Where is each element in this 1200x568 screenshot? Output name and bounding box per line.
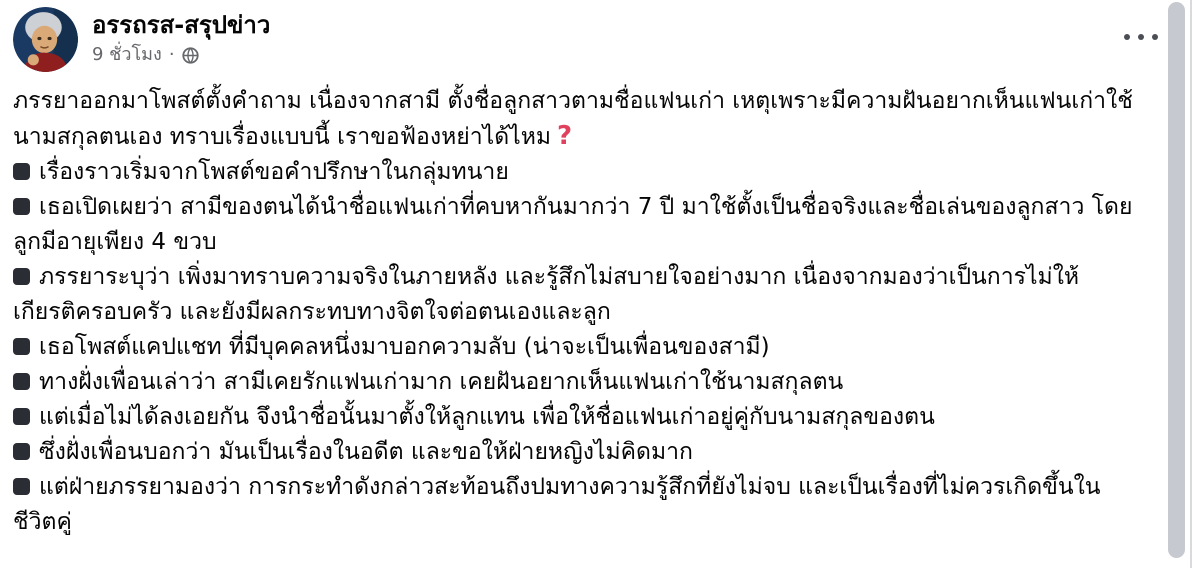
bullet-item: แต่เมื่อไม่ได้ลงเอยกัน จึงนำชื่อนั้นมาตั… bbox=[13, 400, 1140, 435]
more-options-button[interactable] bbox=[1120, 26, 1162, 48]
post-body: ภรรยาออกมาโพสต์ตั้งคำถาม เนื่องจากสามี ต… bbox=[0, 72, 1192, 540]
timestamp[interactable]: 9 ชั่วโมง bbox=[92, 43, 162, 67]
bullet-item: แต่ฝ่ายภรรยามองว่า การกระทำดังกล่าวสะท้อ… bbox=[13, 470, 1140, 540]
card-right-border bbox=[1190, 0, 1192, 568]
black-square-icon bbox=[13, 338, 30, 355]
ellipsis-icon bbox=[1124, 34, 1130, 40]
bullet-item: เธอโพสต์แคปแชท ที่มีบุคคลหนึ่งมาบอกความล… bbox=[13, 330, 1140, 365]
post-meta: 9 ชั่วโมง · bbox=[92, 43, 270, 67]
globe-privacy-icon bbox=[182, 47, 199, 64]
post-header: อรรถรส-สรุปข่าว 9 ชั่วโมง · bbox=[0, 0, 1200, 72]
page-name[interactable]: อรรถรส-สรุปข่าว bbox=[92, 10, 270, 40]
bullet-item: เรื่องราวเริ่มจากโพสต์ขอคำปรึกษาในกลุ่มท… bbox=[13, 155, 1140, 190]
black-square-icon bbox=[13, 268, 30, 285]
bullet-text: แต่ฝ่ายภรรยามองว่า การกระทำดังกล่าวสะท้อ… bbox=[13, 474, 1101, 535]
bullet-text: เธอโพสต์แคปแชท ที่มีบุคคลหนึ่งมาบอกความล… bbox=[39, 334, 770, 360]
ellipsis-icon bbox=[1138, 34, 1144, 40]
post-intro-text: ภรรยาออกมาโพสต์ตั้งคำถาม เนื่องจากสามี ต… bbox=[13, 88, 1133, 150]
bullet-text: ภรรยาระบุว่า เพิ่งมาทราบความจริงในภายหลั… bbox=[13, 264, 1079, 325]
black-square-icon bbox=[13, 408, 30, 425]
bullet-text: เธอเปิดเผยว่า สามีของตนได้นำชื่อแฟนเก่าท… bbox=[13, 194, 1132, 255]
bullet-text: แต่เมื่อไม่ได้ลงเอยกัน จึงนำชื่อนั้นมาตั… bbox=[39, 404, 935, 430]
bullet-item: ภรรยาระบุว่า เพิ่งมาทราบความจริงในภายหลั… bbox=[13, 260, 1140, 330]
bullet-item: ซึ่งฝั่งเพื่อนบอกว่า มันเป็นเรื่องในอดีต… bbox=[13, 435, 1140, 470]
ellipsis-icon bbox=[1152, 34, 1158, 40]
red-question-mark-emoji: ? bbox=[557, 121, 572, 151]
black-square-icon bbox=[13, 443, 30, 460]
facebook-post-card: อรรถรส-สรุปข่าว 9 ชั่วโมง · ภรรยาออกมาโพ… bbox=[0, 0, 1200, 568]
black-square-icon bbox=[13, 373, 30, 390]
bullet-text: เรื่องราวเริ่มจากโพสต์ขอคำปรึกษาในกลุ่มท… bbox=[39, 159, 509, 185]
black-square-icon bbox=[13, 163, 30, 180]
post-intro: ภรรยาออกมาโพสต์ตั้งคำถาม เนื่องจากสามี ต… bbox=[13, 84, 1140, 155]
meta-separator: · bbox=[169, 43, 175, 67]
bullet-text: ทางฝั่งเพื่อนเล่าว่า สามีเคยรักแฟนเก่ามา… bbox=[39, 369, 843, 395]
bullet-item: เธอเปิดเผยว่า สามีของตนได้นำชื่อแฟนเก่าท… bbox=[13, 190, 1140, 260]
page-avatar[interactable] bbox=[13, 7, 78, 72]
bullet-item: ทางฝั่งเพื่อนเล่าว่า สามีเคยรักแฟนเก่ามา… bbox=[13, 365, 1140, 400]
black-square-icon bbox=[13, 478, 30, 495]
avatar-image bbox=[13, 7, 78, 72]
black-square-icon bbox=[13, 198, 30, 215]
vertical-scrollbar-thumb[interactable] bbox=[1168, 2, 1185, 558]
bullet-text: ซึ่งฝั่งเพื่อนบอกว่า มันเป็นเรื่องในอดีต… bbox=[39, 439, 693, 465]
header-info: อรรถรส-สรุปข่าว 9 ชั่วโมง · bbox=[92, 7, 270, 67]
